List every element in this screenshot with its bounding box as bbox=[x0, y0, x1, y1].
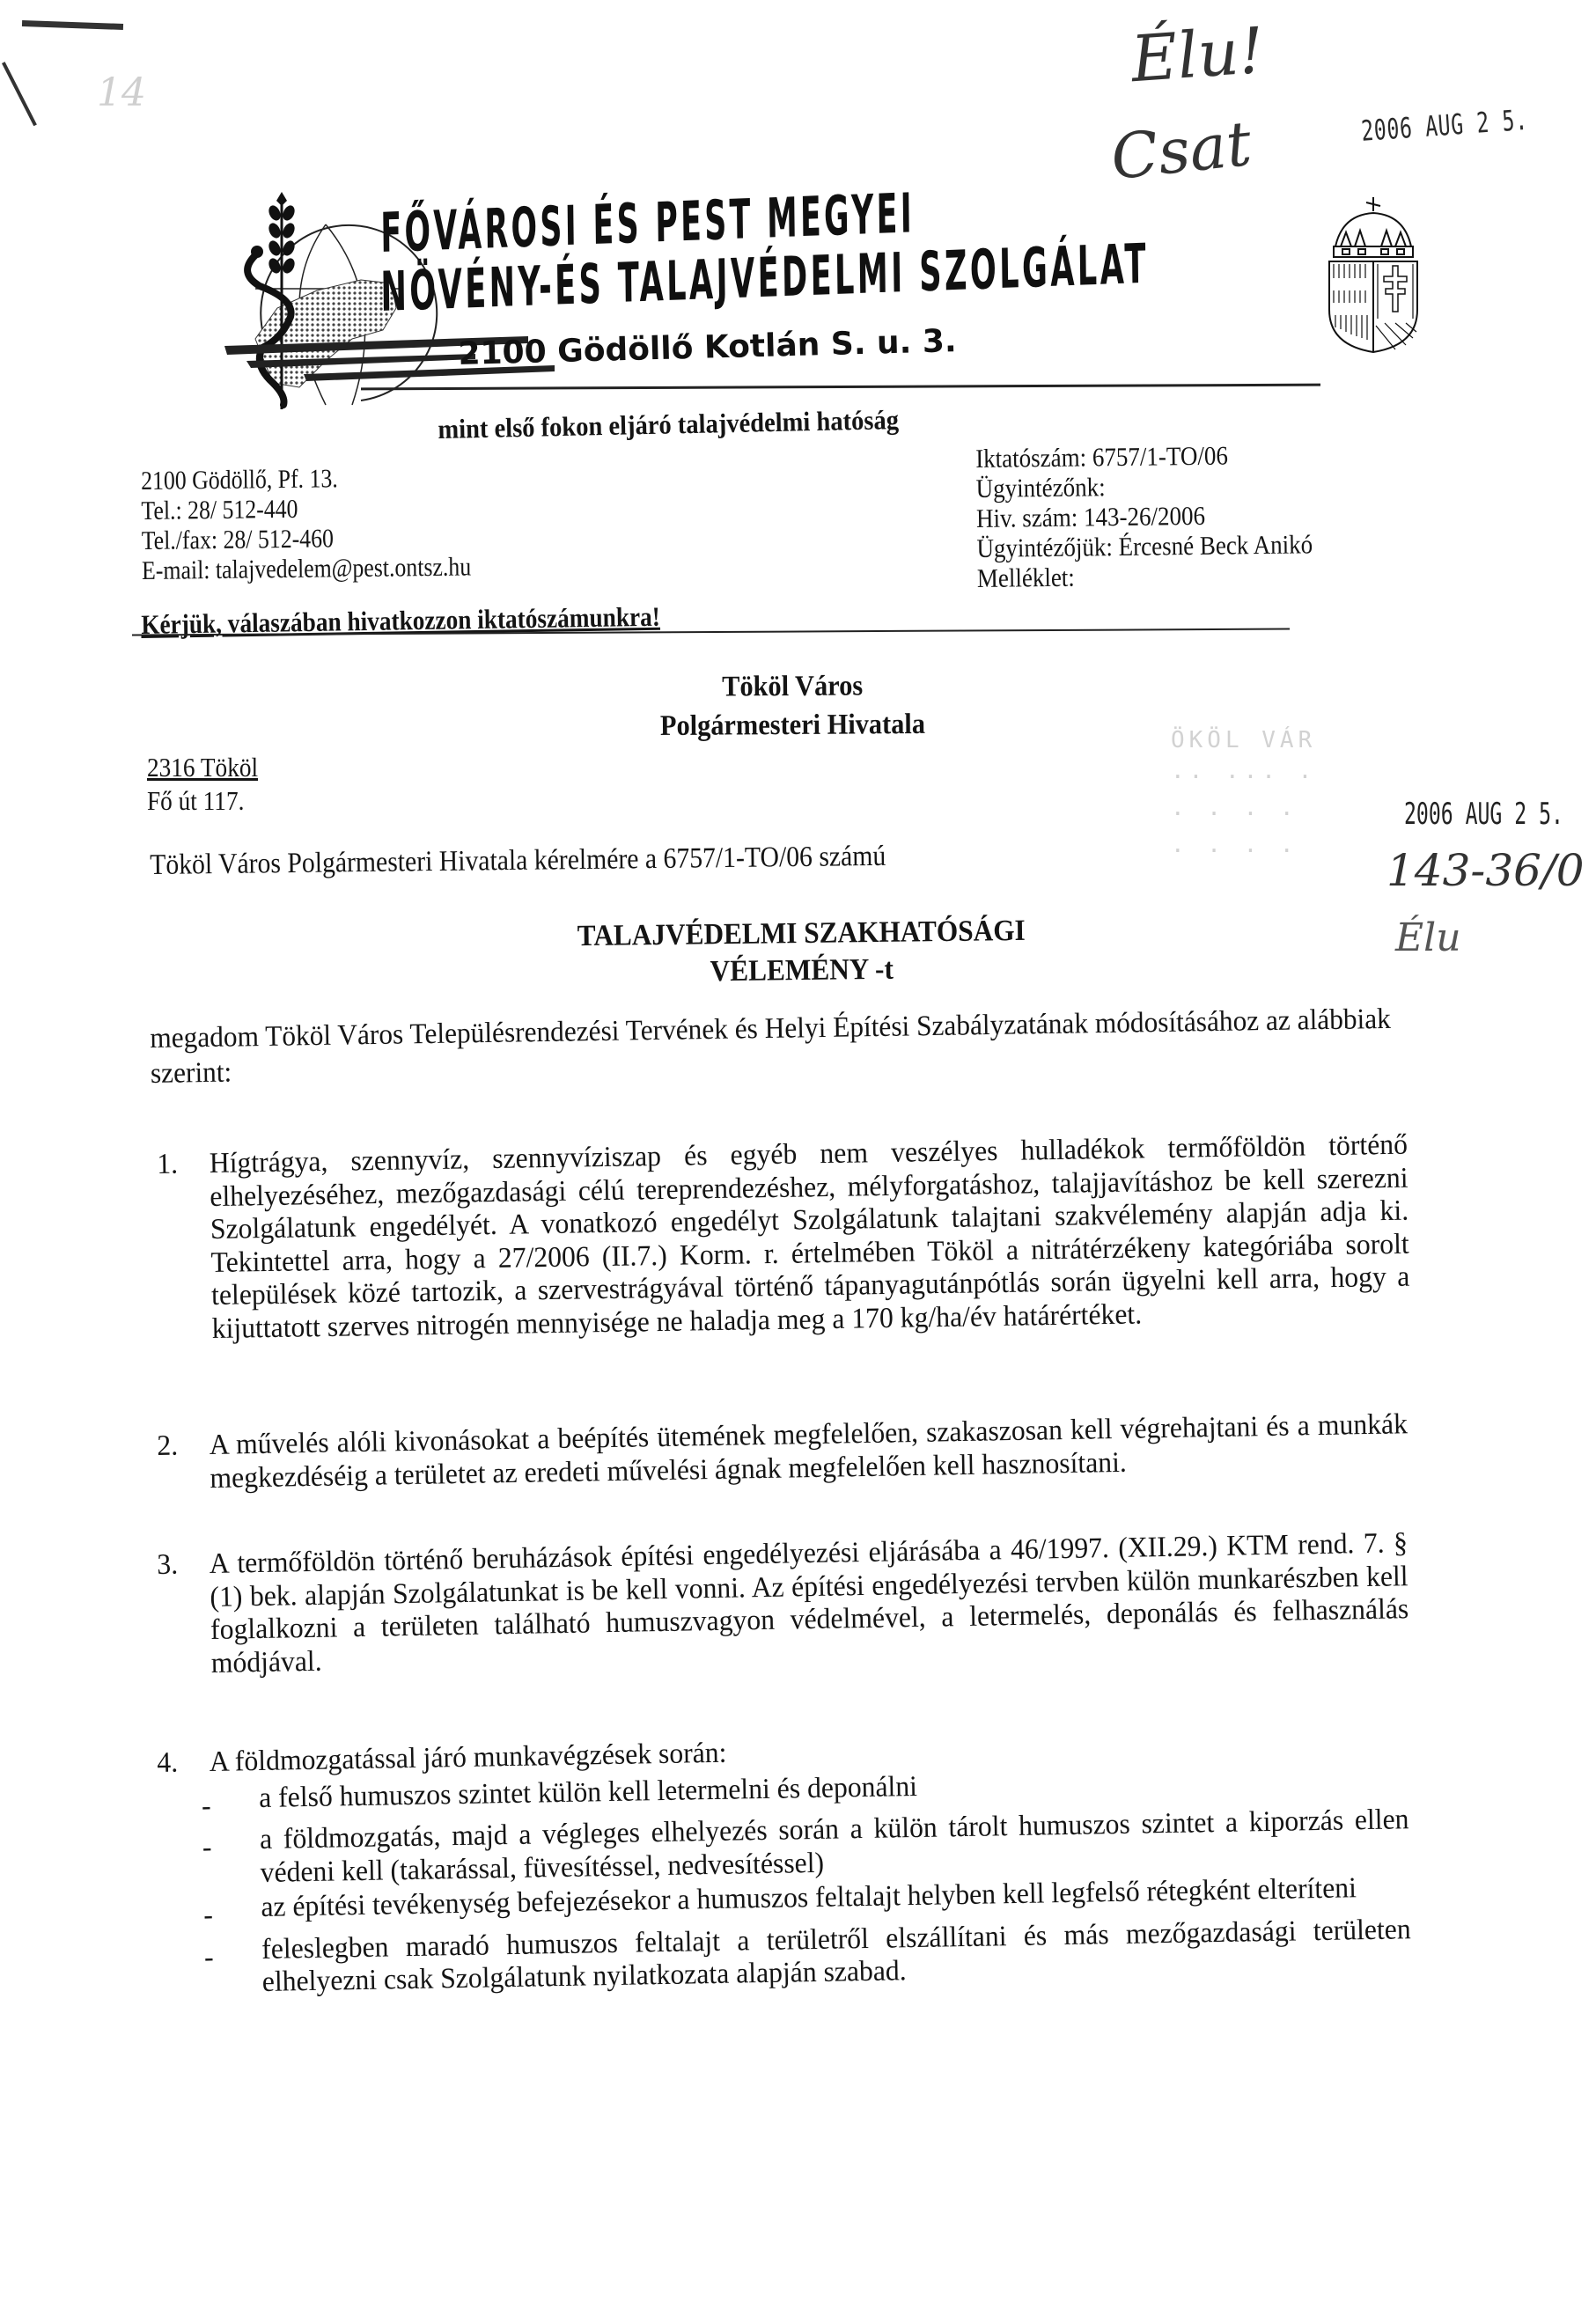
faded-stamp-line: ÖKÖL VÁR bbox=[1171, 722, 1391, 759]
list-item: 2. A művelés alóli kivonásokat a beépíté… bbox=[157, 1408, 1408, 1496]
dash-bullet-icon: - bbox=[204, 1933, 263, 2000]
faded-stamp-line: · · · · bbox=[1171, 796, 1391, 833]
document-title-line1: TALAJVÉDELMI SZAKHATÓSÁGI bbox=[550, 913, 1053, 956]
our-case-officer: Ügyintézőnk: bbox=[975, 470, 1312, 504]
handwritten-registration-number: 143-36/0 bbox=[1386, 845, 1585, 896]
list-item-number: 1. bbox=[157, 1148, 212, 1347]
list-item-number: 2. bbox=[157, 1429, 210, 1496]
recipient-name-line2: Polgármesteri Hivatala bbox=[590, 704, 995, 746]
list-item: 1. Hígtrágya, szennyvíz, szennyvíziszap … bbox=[157, 1129, 1410, 1347]
hungarian-coat-of-arms-icon bbox=[1325, 195, 1422, 354]
list-item: 3. A termőföldön történő beruházások épí… bbox=[157, 1527, 1409, 1681]
sender-phone: Tel.: 28/ 512-440 bbox=[141, 492, 470, 526]
received-date-stamp: 2006 AUG 2 5. bbox=[1404, 797, 1563, 832]
recipient-name: Tököl Város Polgármesteri Hivatala bbox=[590, 665, 996, 746]
sender-postal-address: 2100 Gödöllő, Pf. 13. bbox=[141, 462, 470, 496]
attachment-label: Melléklet: bbox=[977, 560, 1313, 594]
scan-artifact-stroke bbox=[2, 62, 37, 126]
recipient-city: 2316 Tököl bbox=[147, 751, 258, 784]
list-item-text: A művelés alóli kivonásokat a beépítés ü… bbox=[210, 1408, 1408, 1495]
faded-stamp-line: ·· ··· · bbox=[1171, 759, 1391, 796]
handwritten-page-number: 14 bbox=[97, 70, 146, 115]
list-item: 4. A földmozgatással járó munkavégzések … bbox=[157, 1725, 1412, 2001]
sender-email: E-mail: talajvedelem@pest.ontsz.hu bbox=[142, 552, 471, 586]
recipient-address: 2316 Tököl Fő út 117. bbox=[147, 751, 258, 818]
list-item-text: A termőföldön történő beruházások építés… bbox=[210, 1527, 1410, 1680]
faded-office-stamp: ÖKÖL VÁR ·· ··· · · · · · · · · · bbox=[1171, 722, 1391, 924]
sender-contact-block: 2100 Gödöllő, Pf. 13. Tel.: 28/ 512-440 … bbox=[141, 462, 471, 586]
received-date-stamp-top: 2006 AUG 2 5. bbox=[1360, 103, 1529, 148]
body-intro-paragraph: megadom Tököl Város Településrendezési T… bbox=[150, 1001, 1431, 1091]
document-title: TALAJVÉDELMI SZAKHATÓSÁGI VÉLEMÉNY -t bbox=[550, 913, 1053, 993]
handwritten-note-top: Élu! bbox=[1129, 13, 1266, 96]
recipient-street: Fő út 117. bbox=[147, 784, 258, 818]
dash-bullet-icon: - bbox=[202, 1782, 260, 1823]
request-intro-line: Tököl Város Polgármesteri Hivatala kérel… bbox=[150, 841, 886, 882]
dash-bullet-icon: - bbox=[203, 1892, 261, 1933]
sender-fax: Tel./fax: 28/ 512-460 bbox=[142, 522, 471, 556]
reference-block: Iktatószám: 6757/1-TO/06 Ügyintézőnk: Hi… bbox=[975, 440, 1313, 594]
recipient-name-line1: Tököl Város bbox=[590, 665, 995, 707]
their-case-officer: Ügyintézőjük: Ércesné Beck Anikó bbox=[976, 530, 1313, 564]
dash-bullet-icon: - bbox=[202, 1824, 261, 1891]
faded-stamp-line: · · · · bbox=[1171, 833, 1391, 870]
handwritten-signature: Csat bbox=[1107, 107, 1254, 194]
filing-number: Iktatószám: 6757/1-TO/06 bbox=[975, 440, 1312, 474]
scan-artifact-bar bbox=[22, 20, 123, 30]
document-title-line2: VÉLEMÉNY -t bbox=[550, 950, 1053, 993]
handwritten-note-mid: Élu bbox=[1395, 915, 1461, 960]
list-item-number: 3. bbox=[157, 1548, 211, 1681]
list-item-number: 4. bbox=[157, 1746, 210, 1781]
list-item-text: Hígtrágya, szennyvíz, szennyvíziszap és … bbox=[210, 1129, 1411, 1346]
sub-list: - a felső humuszos szintet külön kell le… bbox=[202, 1762, 1412, 2001]
reference-number: Hiv. szám: 143-26/2006 bbox=[976, 500, 1313, 534]
